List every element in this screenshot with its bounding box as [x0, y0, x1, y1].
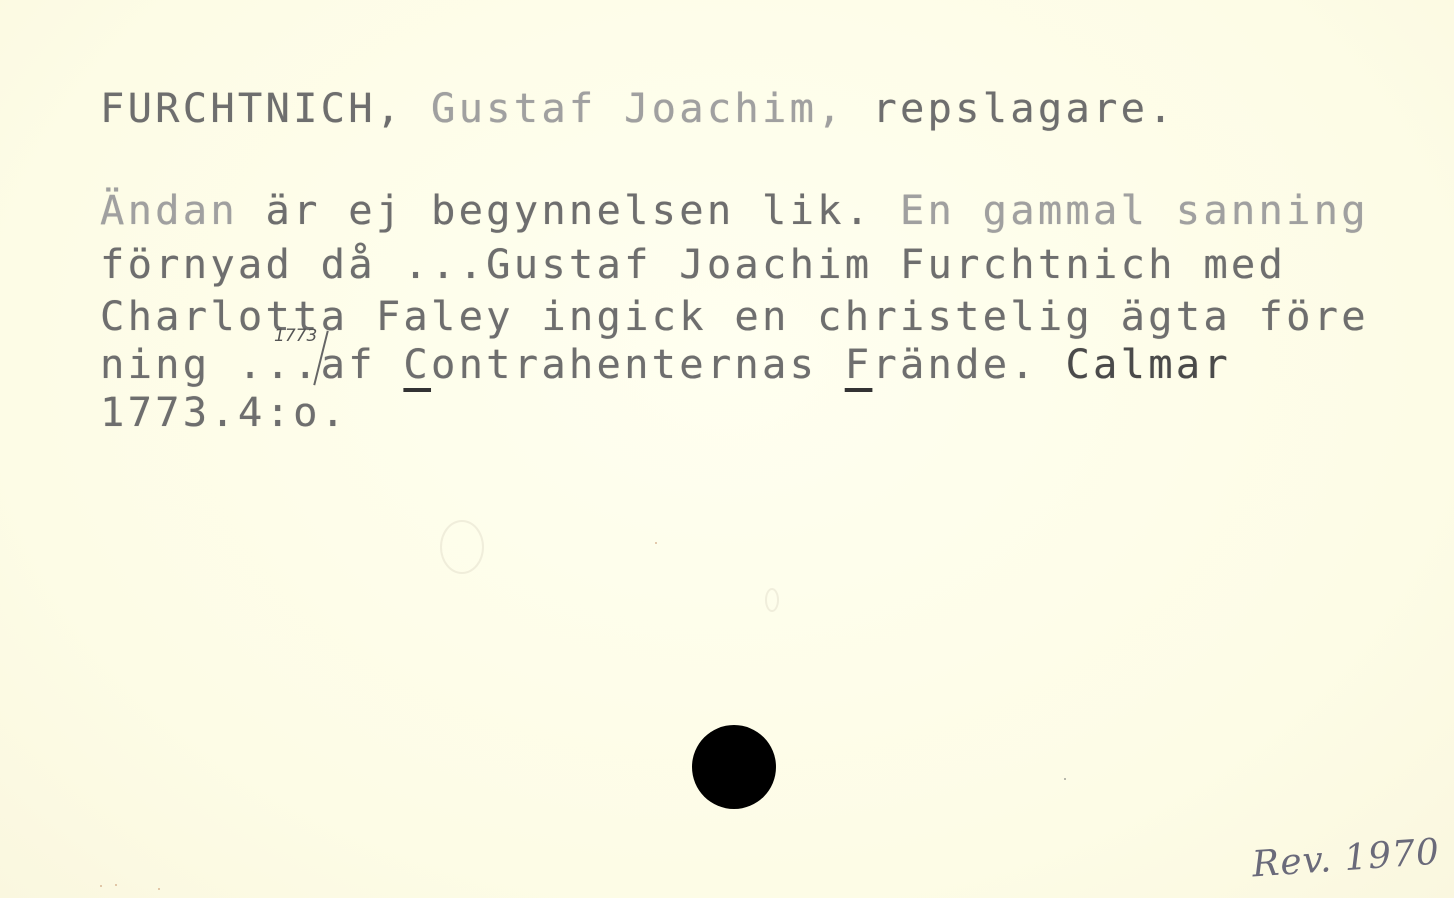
- handwritten-date: 1773: [274, 326, 317, 346]
- paper-speck: [655, 542, 657, 544]
- paper-speck: [1064, 778, 1066, 780]
- text-fragment: rände.: [872, 340, 1065, 388]
- text-fragment: förnyad då ...Gustaf Joachim Furchtnich …: [100, 240, 1286, 288]
- text-fragment: 1773.4:o.: [100, 388, 348, 436]
- text-fragment: ej begynnelsen lik.: [321, 186, 900, 234]
- faint-show-through: [440, 520, 484, 574]
- text-fragment: ning ...: [100, 340, 321, 388]
- faint-show-through: [765, 588, 779, 612]
- text-fragment: ontrahenternas: [431, 340, 845, 388]
- paper-speck: [100, 885, 102, 887]
- given-names: Gustaf Joachim,: [431, 84, 845, 132]
- body-line-1: Ändan är ej begynnelsen lik. En gammal s…: [100, 190, 1369, 231]
- paper-speck: [158, 888, 160, 890]
- text-fragment: af: [321, 340, 404, 388]
- body-line-4: ning ...af Contrahenternas Frände. Calma…: [100, 344, 1231, 385]
- surname: FURCHTNICH,: [100, 84, 403, 132]
- index-card: FURCHTNICH, Gustaf Joachim, repslagare. …: [0, 0, 1454, 898]
- text-fragment: Calmar: [1065, 340, 1231, 388]
- card-heading: FURCHTNICH, Gustaf Joachim, repslagare.: [100, 88, 1176, 129]
- text-fragment: F: [845, 340, 873, 388]
- punch-hole: [692, 725, 776, 809]
- body-line-2: förnyad då ...Gustaf Joachim Furchtnich …: [100, 244, 1286, 285]
- text-fragment: C: [403, 340, 431, 388]
- occupation: repslagare.: [872, 84, 1175, 132]
- revision-note: Rev. 1970: [1251, 831, 1441, 885]
- text-fragment: Ändan: [100, 186, 266, 234]
- paper-speck: [115, 884, 117, 886]
- body-line-5: 1773.4:o.: [100, 392, 348, 433]
- text-fragment: En gammal sanning: [900, 186, 1369, 234]
- text-fragment: är: [266, 186, 321, 234]
